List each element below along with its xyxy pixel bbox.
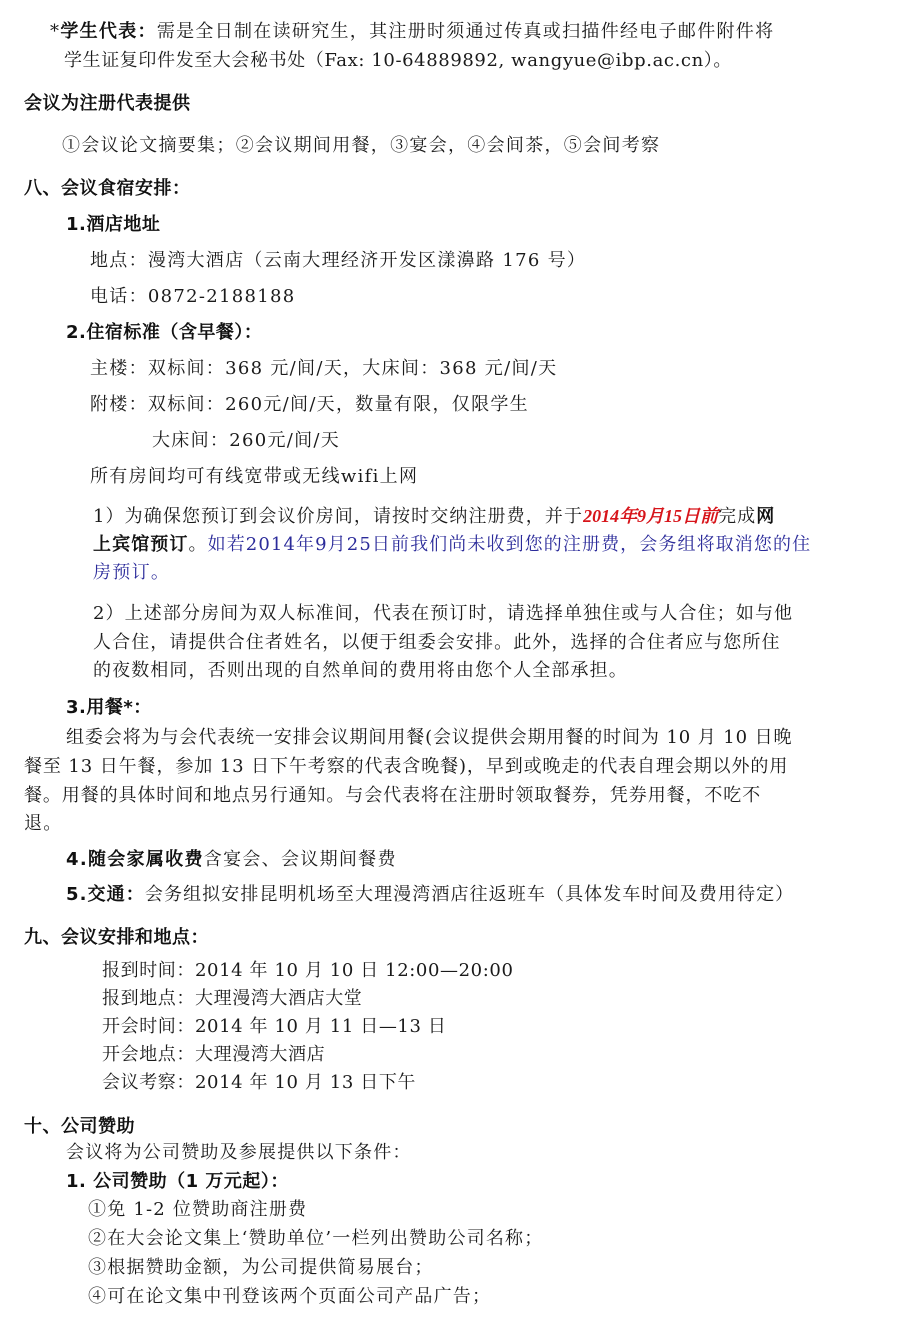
lodging-heading: 2.住宿标准（含早餐）： <box>66 322 262 344</box>
note-1-bold-2: 上宾馆预订 <box>93 534 189 555</box>
transport-heading: 5.交通： <box>66 884 145 905</box>
provided-heading: 会议为注册代表提供 <box>24 93 191 115</box>
student-rep-label: 学生代表： <box>60 21 157 42</box>
lodging-annex-king: 大床间：260元/间/天 <box>152 430 340 452</box>
note-1-prefix: 1）为确保您预订到会议价房间，请按时交纳注册费，并于 <box>93 506 583 527</box>
transport-text: 会务组拟安排昆明机场至大理漫湾酒店往返班车（具体发车时间及费用待定） <box>145 884 794 905</box>
student-rep-text: 需是全日制在读研究生，其注册时须通过传真或扫描件经电子邮件附件将 <box>157 21 775 42</box>
note-1-line-1: 1）为确保您预订到会议价房间，请按时交纳注册费，并于2014年9月15日前完成网 <box>93 505 775 528</box>
note-2-line-2: 人合住，请提供合住者姓名，以便于组委会安排。此外，选择的合住者应与您所住 <box>93 632 781 654</box>
note-1-line-2: 上宾馆预订。如若2014年9月25日前我们尚未收到您的注册费，会务组将取消您的住 <box>93 534 811 556</box>
schedule-row: 报到地点：大理漫湾大酒店大堂 <box>102 988 362 1010</box>
meals-heading: 3.用餐*： <box>66 697 152 719</box>
note-1-blue-text: 如若2014年9月25日前我们尚未收到您的注册费，会务组将取消您的住 <box>208 534 812 555</box>
note-1-period: 。 <box>189 534 208 555</box>
schedule-row: 会议考察：2014 年 10 月 13 日下午 <box>102 1072 416 1094</box>
transport-line: 5.交通：会务组拟安排昆明机场至大理漫湾酒店往返班车（具体发车时间及费用待定） <box>66 884 794 906</box>
schedule-row: 开会时间：2014 年 10 月 11 日—13 日 <box>102 1016 446 1038</box>
lodging-internet: 所有房间均可有线宽带或无线wifi上网 <box>90 466 418 488</box>
section-10-heading: 十、公司赞助 <box>24 1116 135 1138</box>
schedule-row: 开会地点：大理漫湾大酒店 <box>102 1044 325 1066</box>
sponsor-item: ③根据赞助金额，为公司提供简易展台； <box>88 1257 434 1279</box>
sponsor-sub-heading: 1. 公司赞助（1 万元起）： <box>66 1171 289 1193</box>
sponsor-item: ②在大会论文集上‘赞助单位’一栏列出赞助公司名称； <box>88 1228 543 1250</box>
sponsor-item: ④可在论文集中刊登该两个页面公司产品广告； <box>88 1286 491 1308</box>
hotel-phone: 电话：0872-2188188 <box>90 286 296 308</box>
section-9-heading: 九、会议安排和地点： <box>24 927 209 949</box>
deadline-highlight: 2014年9月15日前 <box>583 506 718 526</box>
sponsor-intro: 会议将为公司赞助及参展提供以下条件： <box>66 1142 412 1164</box>
asterisk: * <box>50 21 60 42</box>
meals-line-2: 餐至 13 日午餐，参加 13 日下午考察的代表含晚餐)，早到或晚走的代表自理会… <box>24 756 788 778</box>
hotel-heading: 1.酒店地址 <box>66 214 160 236</box>
meals-line-1: 组委会将为与会代表统一安排会议期间用餐(会议提供会期用餐的时间为 10 月 10… <box>66 727 792 749</box>
provided-items: ①会议论文摘要集；②会议期间用餐，③宴会，④会间茶，⑤会间考察 <box>62 135 660 157</box>
family-fee-text: 含宴会、会议期间餐费 <box>204 849 397 870</box>
lodging-main-building: 主楼：双标间：368 元/间/天，大床间：368 元/间/天 <box>90 358 557 380</box>
sponsor-item: ①免 1-2 位赞助商注册费 <box>88 1199 307 1221</box>
hotel-address: 地点：漫湾大酒店（云南大理经济开发区漾濞路 176 号） <box>90 250 586 272</box>
meals-line-4: 退。 <box>24 813 63 835</box>
note-2-line-3: 的夜数相同，否则出现的自然单间的费用将由您个人全部承担。 <box>93 660 628 682</box>
note-1-bold-1: 网 <box>756 506 775 527</box>
lodging-annex-twin: 附楼：双标间：260元/间/天，数量有限，仅限学生 <box>90 394 529 416</box>
family-fee-line: 4.随会家属收费含宴会、会议期间餐费 <box>66 849 397 871</box>
note-1-line-3: 房预订。 <box>93 562 170 584</box>
student-rep-line-2: 学生证复印件发至大会秘书处（Fax: 10-64889892, wangyue@… <box>64 50 732 72</box>
note-1-mid: 完成 <box>718 506 756 527</box>
note-2-line-1: 2）上述部分房间为双人标准间，代表在预订时，请选择单独住或与人合住；如与他 <box>93 603 793 625</box>
schedule-row: 报到时间：2014 年 10 月 10 日 12:00—20:00 <box>102 960 514 982</box>
meals-line-3: 餐。用餐的具体时间和地点另行通知。与会代表将在注册时领取餐券，凭券用餐，不吃不 <box>24 785 761 807</box>
section-8-heading: 八、会议食宿安排： <box>24 178 191 200</box>
student-rep-line-1: *学生代表：需是全日制在读研究生，其注册时须通过传真或扫描件经电子邮件附件将 <box>50 21 774 43</box>
family-fee-heading: 4.随会家属收费 <box>66 849 204 870</box>
